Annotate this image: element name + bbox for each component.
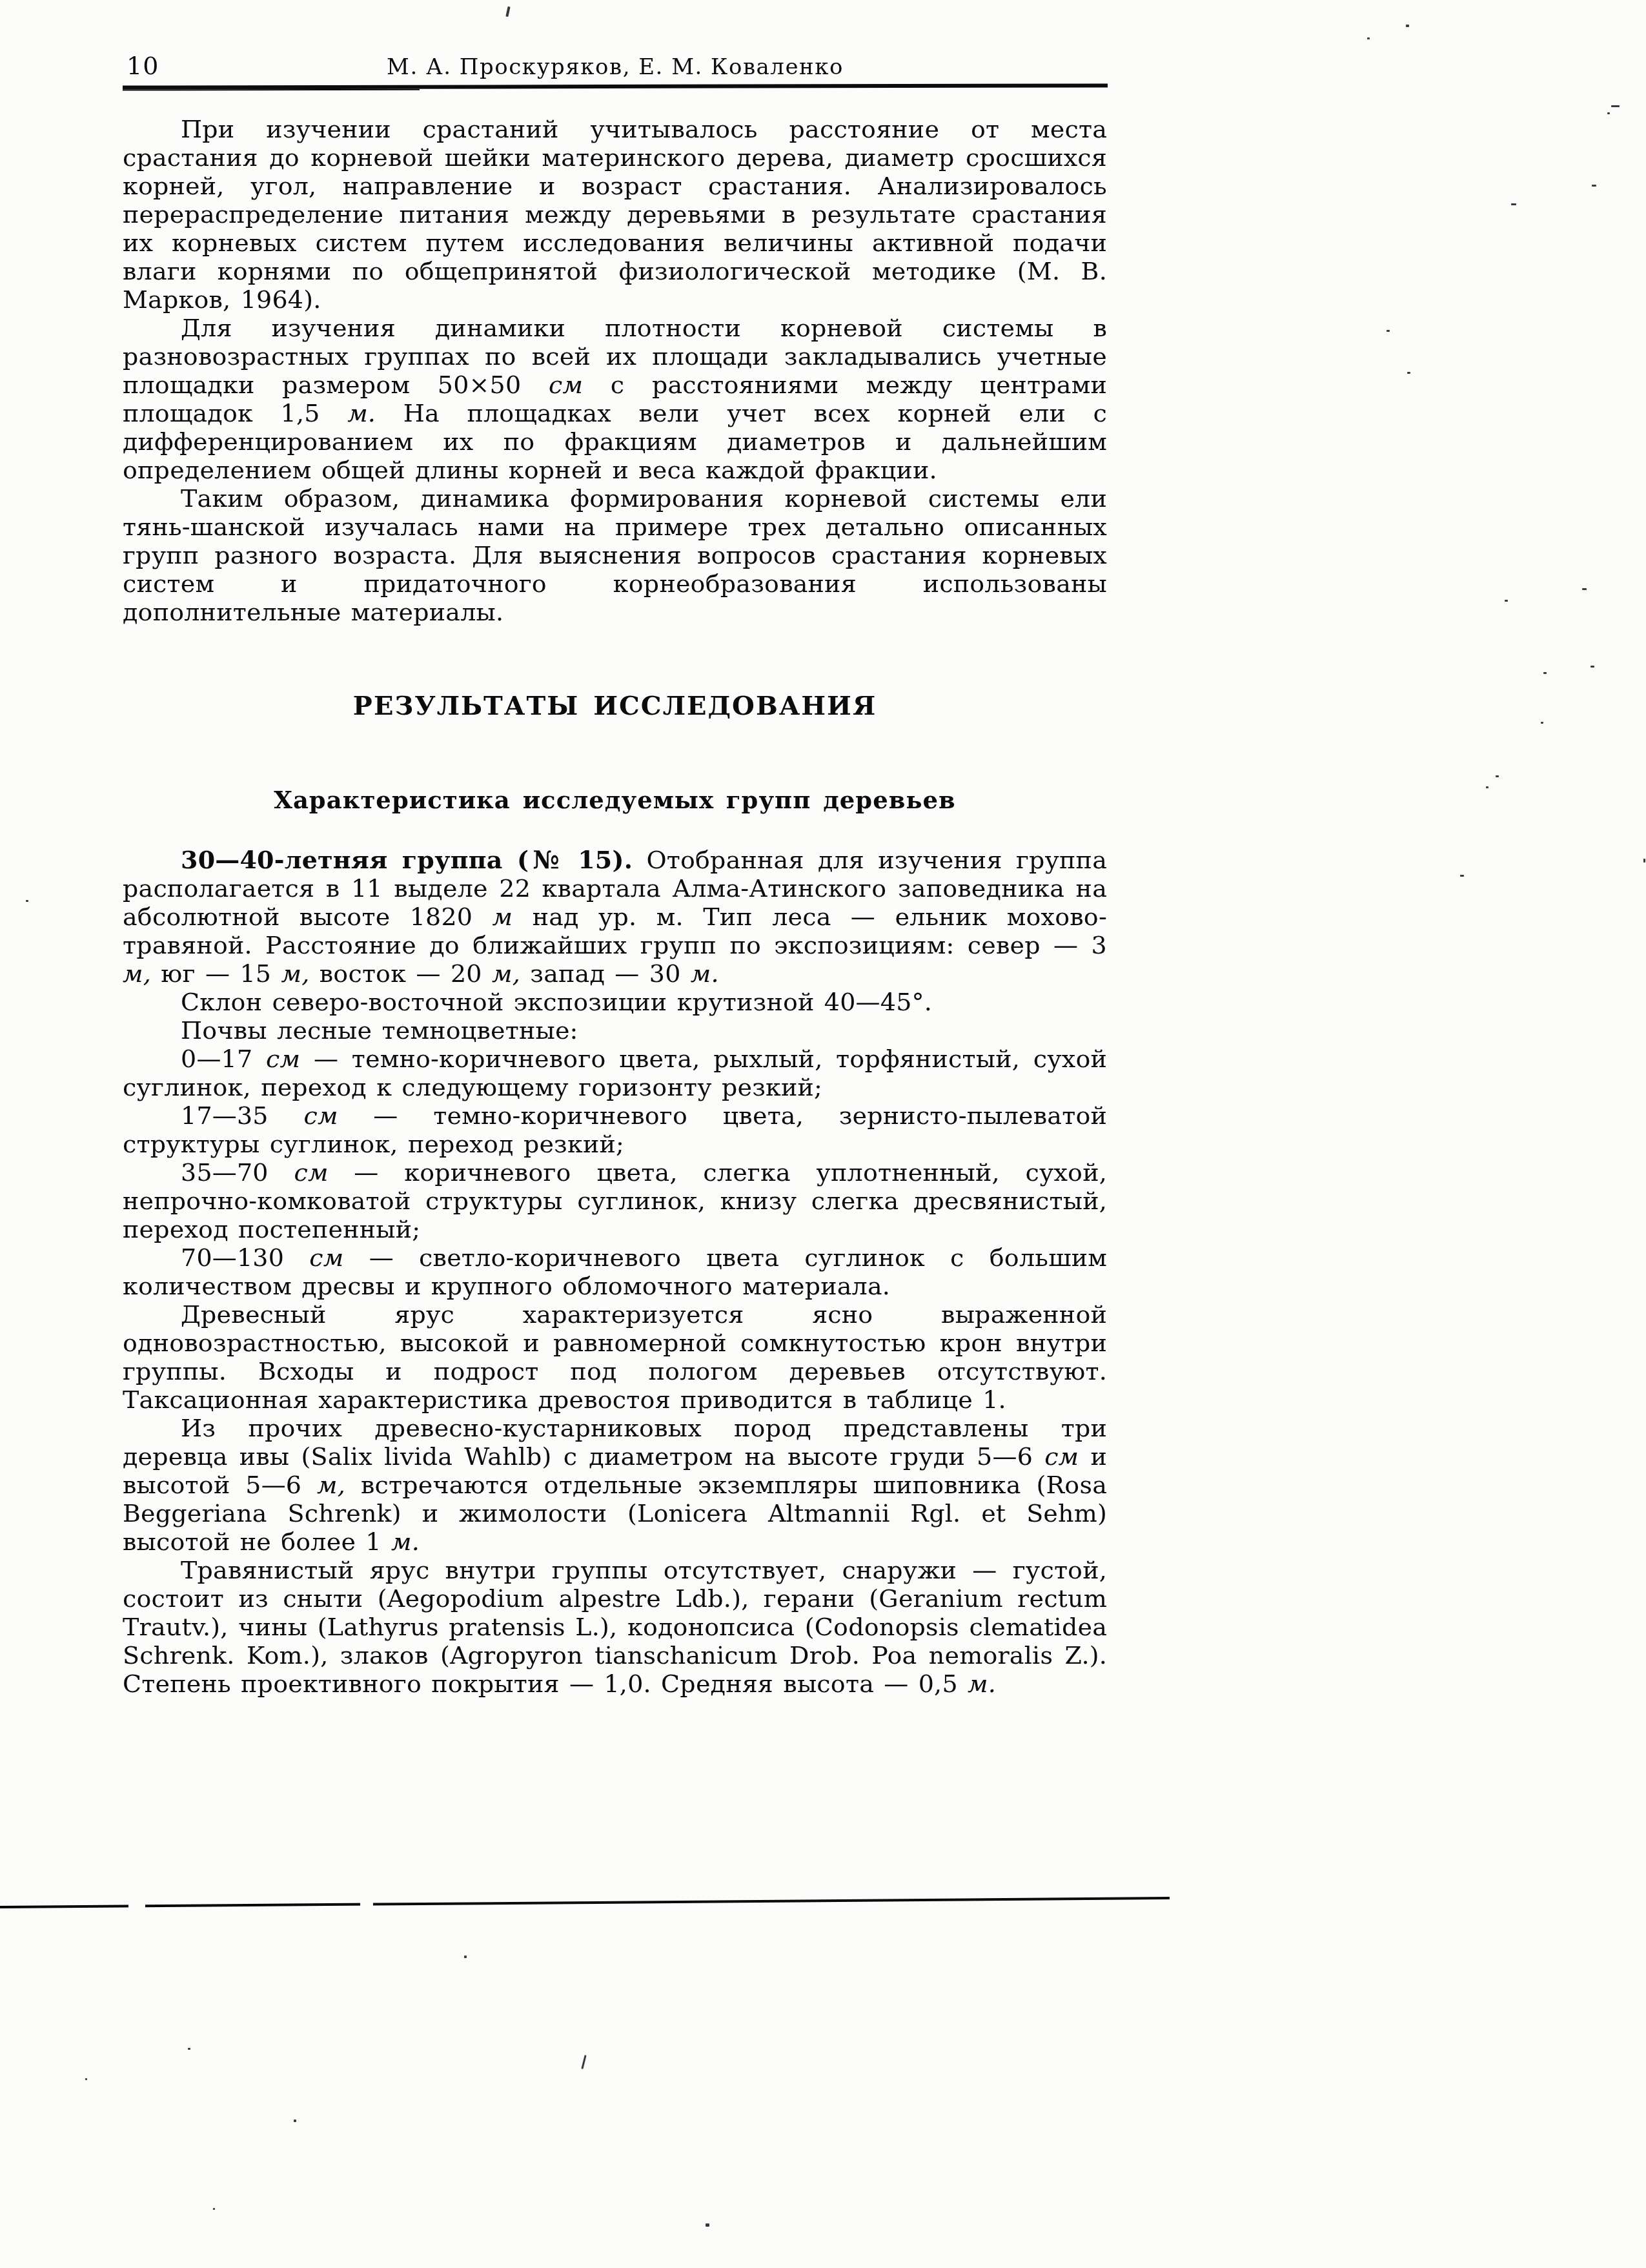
text-run: 70—130 bbox=[181, 1243, 309, 1272]
scan-speck bbox=[1590, 666, 1594, 668]
paragraph: 0—17 см — темно-коричневого цвета, рыхлы… bbox=[123, 1045, 1107, 1101]
paragraph: 70—130 см — светло-коричневого цвета суг… bbox=[123, 1243, 1107, 1300]
scan-speck bbox=[1611, 105, 1620, 107]
scan-speck bbox=[294, 2120, 296, 2122]
scan-speck bbox=[1486, 786, 1489, 788]
scan-speck bbox=[188, 2048, 190, 2050]
scan-speck bbox=[1367, 37, 1370, 39]
text-run: см bbox=[309, 1243, 343, 1272]
scan-speck bbox=[1607, 112, 1610, 114]
scan-speck bbox=[505, 6, 510, 17]
text-run: Склон северо-восточной экспозиции крутиз… bbox=[181, 988, 932, 1016]
scan-speck bbox=[1406, 25, 1409, 27]
text-run: При изучении срастаний учитывалось расст… bbox=[123, 115, 1107, 314]
scan-speck bbox=[1511, 203, 1516, 205]
scan-speck bbox=[1592, 185, 1596, 187]
scan-speck bbox=[213, 2208, 215, 2210]
section-heading: РЕЗУЛЬТАТЫ ИССЛЕДОВАНИЯ bbox=[123, 691, 1107, 722]
paragraph: 35—70 см — коричневого цвета, слегка упл… bbox=[123, 1158, 1107, 1243]
scan-speck bbox=[1541, 722, 1543, 724]
text-run: юг — 15 bbox=[151, 959, 281, 988]
header-rule bbox=[123, 83, 1108, 89]
scan-speck bbox=[1460, 875, 1464, 877]
scan-speck bbox=[1643, 859, 1645, 863]
text-run: восток — 20 bbox=[309, 959, 491, 988]
paragraph: Из прочих древесно-кустарниковых пород п… bbox=[123, 1414, 1107, 1556]
text-run: Травянистый ярус внутри группы отсутству… bbox=[123, 1556, 1107, 1698]
text-run: см bbox=[294, 1158, 328, 1187]
scanned-page: 10 М. А. Проскуряков, Е. М. Коваленко Пр… bbox=[0, 0, 1646, 2268]
text-run: 0—17 bbox=[181, 1045, 266, 1073]
paragraph: Таким образом, динамика формирования кор… bbox=[123, 484, 1107, 626]
text-run: см bbox=[266, 1045, 300, 1073]
text-run: запад — 30 bbox=[520, 959, 691, 988]
text-run: 17—35 bbox=[181, 1101, 303, 1130]
text-run: Из прочих древесно-кустарниковых пород п… bbox=[123, 1414, 1107, 1471]
scan-speck bbox=[1582, 588, 1587, 590]
scan-speck bbox=[464, 1956, 467, 1958]
scan-speck bbox=[1543, 672, 1547, 674]
scan-speck bbox=[26, 900, 28, 902]
text-run: 30—40-летняя группа (№ 15). bbox=[181, 845, 633, 874]
paragraph: 17—35 см — темно-коричневого цвета, зерн… bbox=[123, 1101, 1107, 1158]
text-run: м, bbox=[492, 959, 520, 988]
scan-speck bbox=[1387, 330, 1390, 332]
text-run: Почвы лесные темноцветные: bbox=[181, 1016, 578, 1045]
paragraph: Почвы лесные темноцветные: bbox=[123, 1016, 1107, 1045]
paragraph: 30—40-летняя группа (№ 15). Отобранная д… bbox=[123, 846, 1107, 988]
scan-fold-line bbox=[0, 1897, 1170, 1908]
running-head: М. А. Проскуряков, Е. М. Коваленко bbox=[123, 54, 1108, 80]
text-run: см bbox=[549, 371, 583, 399]
text-run: м. bbox=[691, 959, 719, 988]
text-run: см bbox=[1044, 1442, 1079, 1471]
text-run: м, bbox=[281, 959, 309, 988]
subsection-heading: Характеристика исследуемых групп деревье… bbox=[123, 785, 1107, 815]
paragraph: Для изучения динамики плотности корневой… bbox=[123, 314, 1107, 484]
scan-speck bbox=[1407, 372, 1410, 374]
text-run: м. bbox=[968, 1670, 996, 1698]
paragraph: Травянистый ярус внутри группы отсутству… bbox=[123, 1556, 1107, 1698]
paragraph: Древесный ярус характеризуется ясно выра… bbox=[123, 1300, 1107, 1414]
scan-speck bbox=[1505, 600, 1508, 602]
scan-speck bbox=[1496, 775, 1499, 777]
page-body: При изучении срастаний учитывалось расст… bbox=[123, 115, 1107, 1698]
text-run: м. bbox=[347, 399, 376, 427]
text-run: м. bbox=[391, 1527, 420, 1556]
scan-speck bbox=[581, 2055, 586, 2069]
text-run: м, bbox=[123, 959, 151, 988]
scan-speck bbox=[706, 2223, 709, 2227]
scan-speck bbox=[85, 2078, 87, 2080]
text-run: Таким образом, динамика формирования кор… bbox=[123, 484, 1107, 626]
text-run: Древесный ярус характеризуется ясно выра… bbox=[123, 1300, 1107, 1414]
paragraph: При изучении срастаний учитывалось расст… bbox=[123, 115, 1107, 314]
text-run: м, bbox=[317, 1471, 345, 1499]
text-run: 35—70 bbox=[181, 1158, 294, 1187]
text-run: м bbox=[493, 903, 513, 931]
text-run: см bbox=[303, 1101, 338, 1130]
paragraph: Склон северо-восточной экспозиции крутиз… bbox=[123, 988, 1107, 1016]
